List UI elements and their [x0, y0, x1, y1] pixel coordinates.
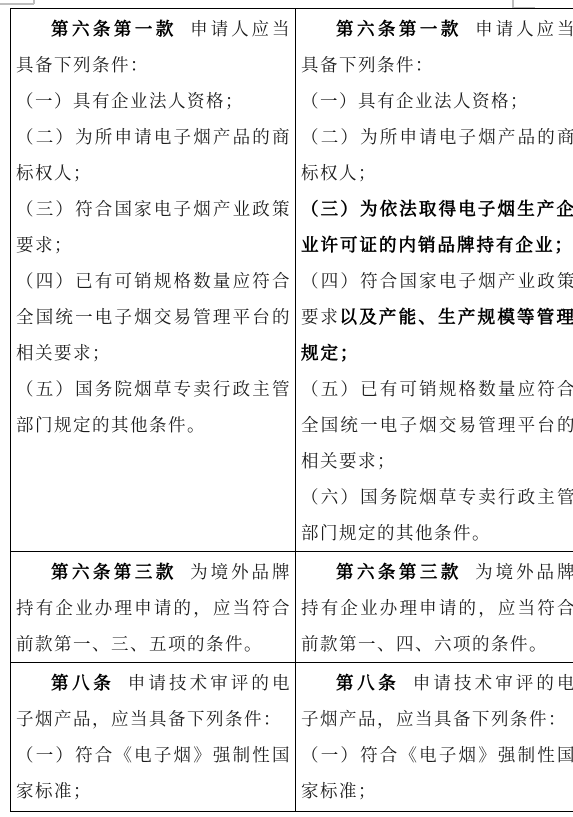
- article-number: 第六条第三款: [336, 562, 462, 582]
- article-number: 第八条: [336, 673, 399, 693]
- paragraph-item-amended: （四）符合国家电子烟产业政策要求以及产能、生产规模等管理规定；: [301, 263, 573, 371]
- paragraph-text: （一）具有企业法人资格；: [16, 91, 244, 111]
- article-number: 第八条: [51, 673, 114, 693]
- table-row: 第八条 申请技术审评的电子烟产品，应当具备下列条件： （一）符合《电子烟》强制性…: [11, 663, 573, 812]
- paragraph-text: （四）已有可销规格数量应符合全国统一电子烟交易管理平台的相关要求；: [16, 271, 291, 363]
- paragraph-text: （五）已有可销规格数量应符合全国统一电子烟交易管理平台的相关要求；: [301, 379, 573, 471]
- paragraph-text: （五）国务院烟草专卖行政主管部门规定的其他条件。: [16, 379, 291, 435]
- paragraph-item-amended: （三）为依法取得电子烟生产企业许可证的内销品牌持有企业；: [301, 191, 573, 263]
- cell-row2-left: 第六条第三款 为境外品牌持有企业办理申请的，应当符合前款第一、三、五项的条件。: [11, 552, 296, 663]
- comparison-table: 第六条第一款 申请人应当具备下列条件： （一）具有企业法人资格； （二）为所申请…: [10, 8, 573, 812]
- paragraph-item: （四）已有可销规格数量应符合全国统一电子烟交易管理平台的相关要求；: [16, 263, 291, 371]
- paragraph-text: （二）为所申请电子烟产品的商标权人；: [16, 127, 291, 183]
- amended-text: 以及产能、生产规模等管理规定；: [301, 307, 573, 363]
- cropped-remnant-top-left-vertical: [33, 0, 35, 4]
- paragraph-item: （六）国务院烟草专卖行政主管部门规定的其他条件。: [301, 479, 573, 551]
- paragraph-text: （一）符合《电子烟》强制性国家标准；: [16, 745, 291, 801]
- paragraph-item: （一）符合《电子烟》强制性国家标准；: [301, 737, 573, 809]
- paragraph-item: （一）具有企业法人资格；: [301, 83, 573, 119]
- paragraph-item: （一）符合《电子烟》强制性国家标准；: [16, 737, 291, 809]
- paragraph-text: （六）国务院烟草专卖行政主管部门规定的其他条件。: [301, 487, 573, 543]
- paragraph-text: （三）符合国家电子烟产业政策要求；: [16, 199, 291, 255]
- paragraph-item: （一）具有企业法人资格；: [16, 83, 291, 119]
- cell-row2-right: 第六条第三款 为境外品牌持有企业办理申请的，应当符合前款第一、四、六项的条件。: [296, 552, 573, 663]
- cell-row1-right: 第六条第一款 申请人应当具备下列条件： （一）具有企业法人资格； （二）为所申请…: [296, 9, 573, 552]
- cell-row3-left: 第八条 申请技术审评的电子烟产品，应当具备下列条件： （一）符合《电子烟》强制性…: [11, 663, 296, 812]
- cell-row3-right: 第八条 申请技术审评的电子烟产品，应当具备下列条件： （一）符合《电子烟》强制性…: [296, 663, 573, 812]
- paragraph-heading: 第六条第一款 申请人应当具备下列条件：: [16, 11, 291, 83]
- table-row: 第六条第一款 申请人应当具备下列条件： （一）具有企业法人资格； （二）为所申请…: [11, 9, 573, 552]
- paragraph-item: （五）已有可销规格数量应符合全国统一电子烟交易管理平台的相关要求；: [301, 371, 573, 479]
- paragraph-text: （一）具有企业法人资格；: [301, 91, 529, 111]
- paragraph-heading: 第八条 申请技术审评的电子烟产品，应当具备下列条件：: [301, 665, 573, 737]
- paragraph-item: （三）符合国家电子烟产业政策要求；: [16, 191, 291, 263]
- article-number: 第六条第一款: [336, 19, 462, 39]
- amended-text: （三）为依法取得电子烟生产企业许可证的内销品牌持有企业；: [301, 199, 573, 255]
- cropped-remnant-top-left-horizontal: [0, 3, 34, 5]
- paragraph-heading: 第八条 申请技术审评的电子烟产品，应当具备下列条件：: [16, 665, 291, 737]
- document-page: 第六条第一款 申请人应当具备下列条件： （一）具有企业法人资格； （二）为所申请…: [0, 0, 573, 817]
- paragraph-item: （二）为所申请电子烟产品的商标权人；: [16, 119, 291, 191]
- article-number: 第六条第三款: [51, 562, 177, 582]
- article-number: 第六条第一款: [51, 19, 177, 39]
- paragraph-item: （二）为所申请电子烟产品的商标权人；: [301, 119, 573, 191]
- paragraph-heading: 第六条第三款 为境外品牌持有企业办理申请的，应当符合前款第一、三、五项的条件。: [16, 554, 291, 662]
- paragraph-text: （一）符合《电子烟》强制性国家标准；: [301, 745, 573, 801]
- paragraph-item: （五）国务院烟草专卖行政主管部门规定的其他条件。: [16, 371, 291, 443]
- table-row: 第六条第三款 为境外品牌持有企业办理申请的，应当符合前款第一、三、五项的条件。 …: [11, 552, 573, 663]
- paragraph-heading: 第六条第一款 申请人应当具备下列条件：: [301, 11, 573, 83]
- cell-row1-left: 第六条第一款 申请人应当具备下列条件： （一）具有企业法人资格； （二）为所申请…: [11, 9, 296, 552]
- paragraph-heading: 第六条第三款 为境外品牌持有企业办理申请的，应当符合前款第一、四、六项的条件。: [301, 554, 573, 662]
- paragraph-text: （二）为所申请电子烟产品的商标权人；: [301, 127, 573, 183]
